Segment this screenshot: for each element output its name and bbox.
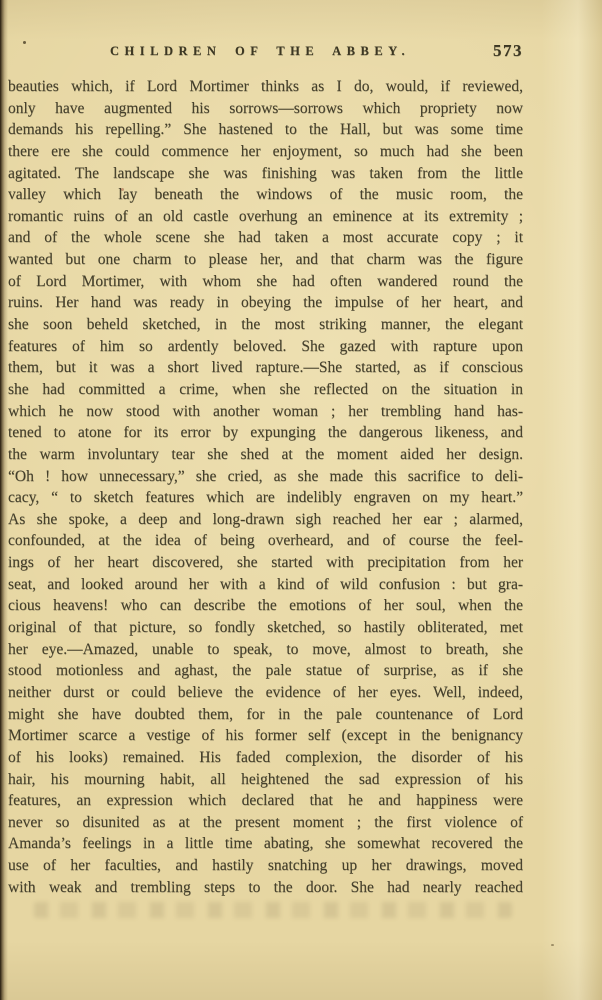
text-line: As she spoke, a deep and long-drawn sigh… bbox=[8, 509, 523, 531]
paper-speck bbox=[551, 944, 554, 946]
text-line: original of that picture, so fondly sket… bbox=[8, 617, 523, 639]
body-text: beauties which, if Lord Mortimer thinks … bbox=[8, 76, 523, 898]
text-line: she had committed a crime, when she refl… bbox=[8, 379, 523, 401]
text-line: use of her faculties, and hastily snatch… bbox=[8, 855, 523, 877]
text-line: Amanda’s feelings in a little time abati… bbox=[8, 833, 523, 855]
text-line: features of him so ardently beloved. She… bbox=[8, 336, 523, 358]
text-line: romantic ruins of an old castle overhung… bbox=[8, 206, 523, 228]
text-line: with weak and trembling steps to the doo… bbox=[8, 877, 523, 899]
page-binding-edge bbox=[0, 0, 8, 1000]
text-line: there ere she could commence her enjoyme… bbox=[8, 141, 523, 163]
paper-speck bbox=[121, 188, 124, 191]
text-line: cious heavens! who can describe the emot… bbox=[8, 595, 523, 617]
text-line: confounded, at the idea of being overhea… bbox=[8, 530, 523, 552]
text-line: agitated. The landscape she was finishin… bbox=[8, 163, 523, 185]
text-line: valley which lay beneath the windows of … bbox=[8, 184, 523, 206]
text-line: never so disunited as at the present mom… bbox=[8, 812, 523, 834]
text-line: beauties which, if Lord Mortimer thinks … bbox=[8, 76, 523, 98]
text-line: of his looks) remained. His faded comple… bbox=[8, 747, 523, 769]
text-line: of Lord Mortimer, with whom she had ofte… bbox=[8, 271, 523, 293]
text-line: which he now stood with another woman ; … bbox=[8, 401, 523, 423]
page-number: 573 bbox=[493, 41, 523, 61]
text-line: her eye.—Amazed, unable to speak, to mov… bbox=[8, 639, 523, 661]
show-through-text bbox=[34, 902, 512, 918]
text-line: and of the whole scene she had taken a m… bbox=[8, 227, 523, 249]
text-line: neither durst or could believe the evide… bbox=[8, 682, 523, 704]
text-line: might she have doubted them, for in the … bbox=[8, 704, 523, 726]
book-page-scan: CHILDREN OF THE ABBEY. 573 beauties whic… bbox=[0, 0, 602, 1000]
text-line: features, an expression which declared t… bbox=[8, 790, 523, 812]
text-line: Mortimer scarce a vestige of his former … bbox=[8, 725, 523, 747]
text-line: ruins. Her hand was ready in obeying the… bbox=[8, 292, 523, 314]
paper-speck bbox=[23, 41, 26, 44]
text-line: them, but it was a short lived rapture.—… bbox=[8, 357, 523, 379]
text-line: ings of her heart discovered, she starte… bbox=[8, 552, 523, 574]
running-title: CHILDREN OF THE ABBEY. bbox=[110, 44, 410, 59]
text-line: hair, his mourning habit, all heightened… bbox=[8, 769, 523, 791]
text-line: cacy, “ to sketch features which are ind… bbox=[8, 487, 523, 509]
text-line: stood motionless and aghast, the pale st… bbox=[8, 660, 523, 682]
text-line: she soon beheld sketched, in the most st… bbox=[8, 314, 523, 336]
text-line: only have augmented his sorrows—sorrows … bbox=[8, 98, 523, 120]
text-line: seat, and looked around her with a kind … bbox=[8, 574, 523, 596]
text-line: the warm involuntary tear she shed at th… bbox=[8, 444, 523, 466]
running-header: CHILDREN OF THE ABBEY. 573 bbox=[8, 44, 523, 62]
text-line: demands his repelling.” She hastened to … bbox=[8, 119, 523, 141]
text-line: wanted but one charm to please her, and … bbox=[8, 249, 523, 271]
text-line: “Oh ! how unnecessary,” she cried, as sh… bbox=[8, 466, 523, 488]
text-line: tened to atone for its error by expungin… bbox=[8, 422, 523, 444]
